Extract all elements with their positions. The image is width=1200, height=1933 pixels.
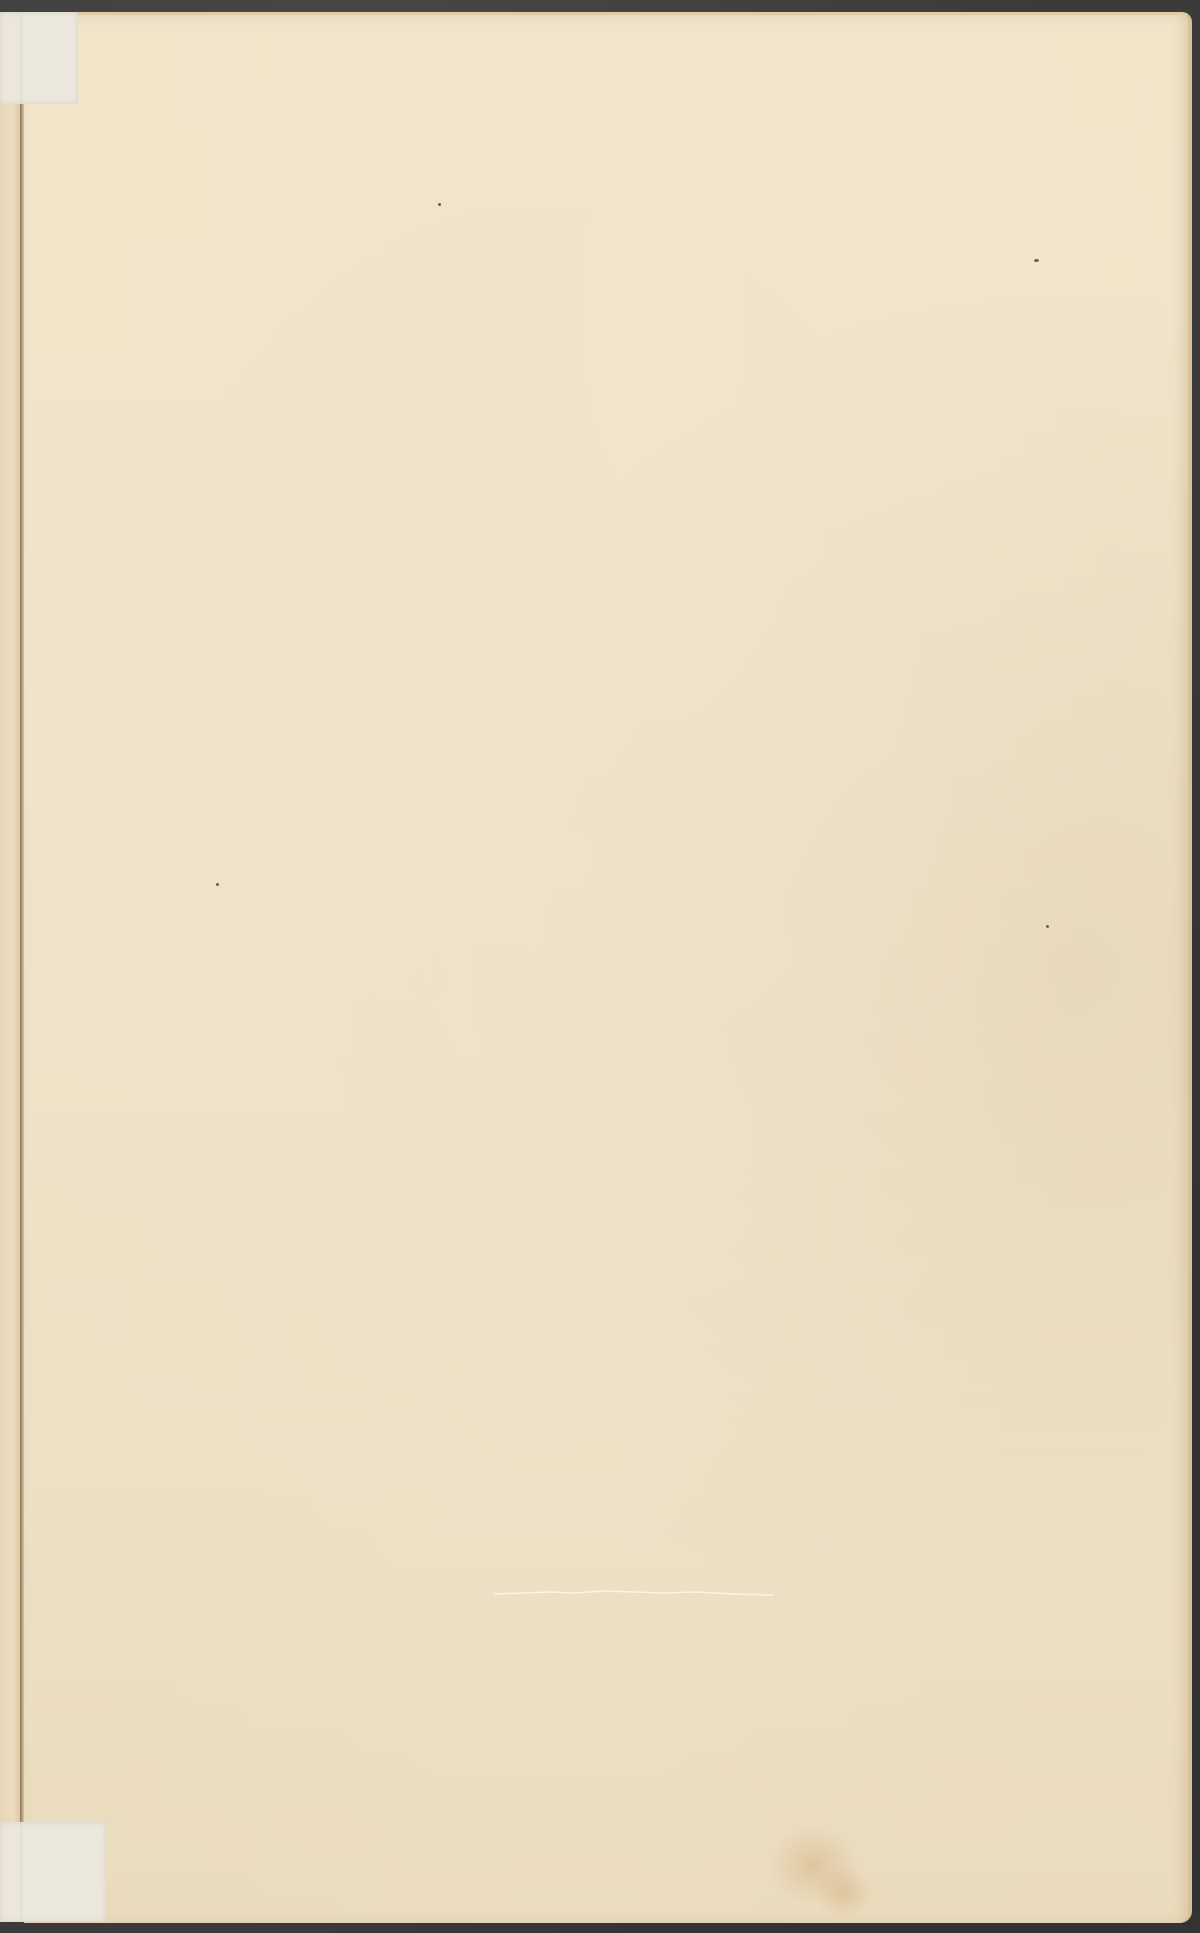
tape-strip-top	[0, 12, 78, 104]
tape-strip-bottom	[0, 1822, 106, 1922]
previous-page-edge	[0, 12, 22, 1922]
paper-speck	[438, 203, 441, 206]
blank-page	[24, 12, 1192, 1923]
paper-speck	[216, 883, 219, 886]
paper-speck	[1034, 259, 1039, 262]
paper-speck	[1046, 925, 1049, 928]
foxing-stain	[814, 1865, 874, 1920]
paper-crease	[494, 1590, 774, 1596]
